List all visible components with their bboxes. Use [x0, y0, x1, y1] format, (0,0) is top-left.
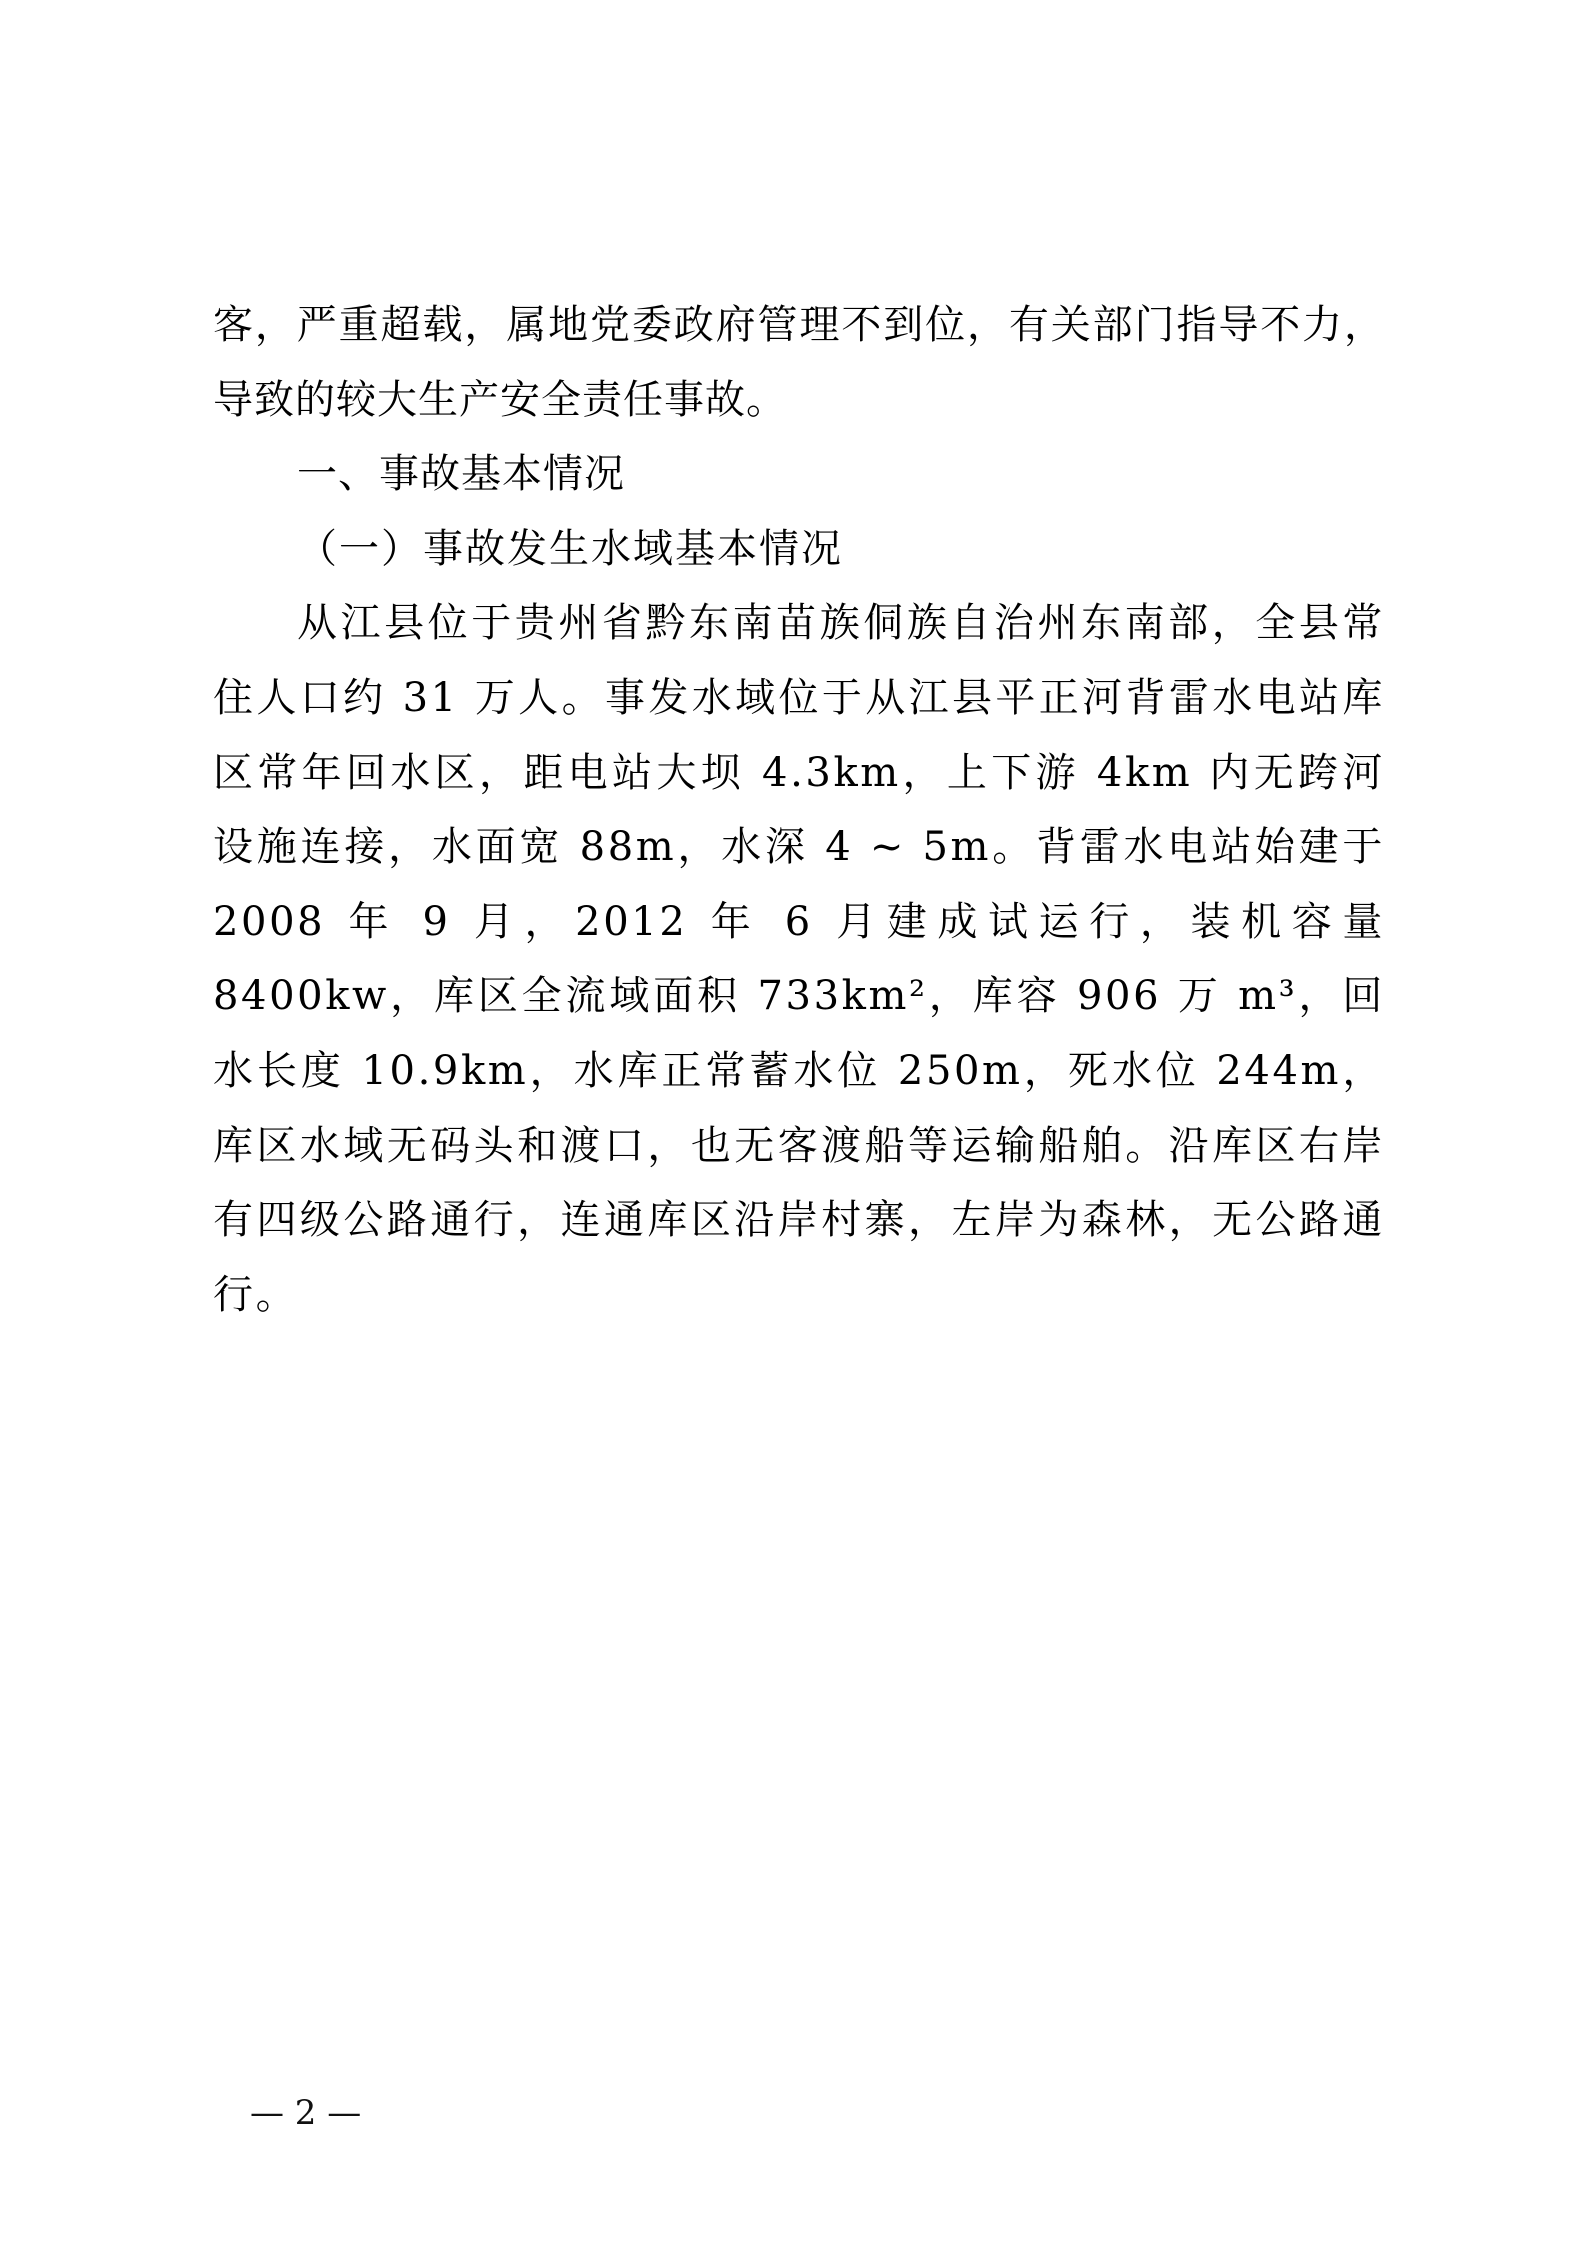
- body-paragraph: 从江县位于贵州省黔东南苗族侗族自治州东南部，全县常住人口约 31 万人。事发水域…: [213, 586, 1385, 1332]
- continuation-text: 客，严重超载，属地党委政府管理不到位，有关部门指导不力，导致的较大生产安全责任事…: [213, 288, 1385, 437]
- subsection-heading: （一）事故发生水域基本情况: [213, 512, 1385, 587]
- document-body: 客，严重超载，属地党委政府管理不到位，有关部门指导不力，导致的较大生产安全责任事…: [213, 288, 1385, 1332]
- page-number: — 2 —: [250, 2090, 361, 2136]
- section-heading: 一、事故基本情况: [213, 437, 1385, 512]
